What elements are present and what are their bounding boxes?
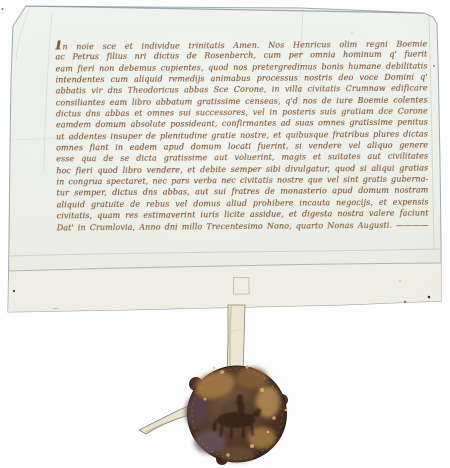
photo-background: In noie sce et individue trinitatis Amen… (0, 0, 450, 468)
wax-seal (185, 365, 288, 465)
seal-tag-vertical (227, 305, 245, 372)
plica-hole (13, 290, 15, 292)
photo-speck (2, 8, 4, 10)
plica-hole (428, 296, 431, 299)
plica-fold (8, 263, 441, 312)
parchment-speck (433, 65, 435, 67)
photo-speck (2, 12, 3, 13)
manuscript-text: In noie sce et individue trinitatis Amen… (55, 38, 429, 234)
parchment-speck (351, 32, 353, 34)
plica-stain (399, 280, 401, 282)
